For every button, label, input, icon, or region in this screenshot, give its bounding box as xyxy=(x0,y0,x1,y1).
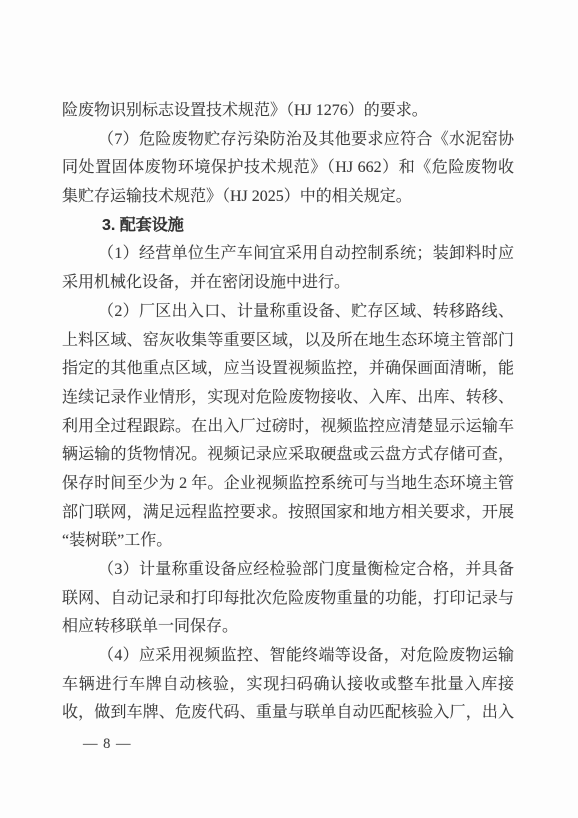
text-line: 收，做到车牌、危废代码、重量与联单自动匹配核验入厂，出入 xyxy=(62,699,514,728)
document-page: 险废物识别标志设置技术规范》（HJ 1276）的要求。 （7）危险废物贮存污染防… xyxy=(0,0,578,818)
paragraph-start: （2）厂区出入口、计量称重设备、贮存区域、转移路线、 xyxy=(62,298,514,327)
text-block: 险废物识别标志设置技术规范》（HJ 1276）的要求。 （7）危险废物贮存污染防… xyxy=(62,97,514,728)
text-line: 指定的其他重点区域，应当设置视频监控，并确保画面清晰，能 xyxy=(62,355,514,384)
text-line: 连续记录作业情形，实现对危险废物接收、入库、出库、转移、 xyxy=(62,384,514,413)
text-line: 联网、自动记录和打印每批次危险废物重量的功能，打印记录与 xyxy=(62,585,514,614)
text-line: 采用机械化设备，并在密闭设施中进行。 xyxy=(62,269,514,298)
section-heading: 3. 配套设施 xyxy=(62,212,514,241)
paragraph-start: （4）应采用视频监控、智能终端等设备，对危险废物运输 xyxy=(62,642,514,671)
text-line: 相应转移联单一同保存。 xyxy=(62,613,514,642)
text-line: 车辆进行车牌自动核验，实现扫码确认接收或整车批量入库接 xyxy=(62,671,514,700)
text-line: 辆运输的货物情况。视频记录应采取硬盘或云盘方式存储可查， xyxy=(62,441,514,470)
text-line: 上料区域、窑灰收集等重要区域，以及所在地生态环境主管部门 xyxy=(62,327,514,356)
paragraph-start: （3）计量称重设备应经检验部门度量衡检定合格，并具备 xyxy=(62,556,514,585)
paragraph-start: （7）危险废物贮存污染防治及其他要求应符合《水泥窑协 xyxy=(62,126,514,155)
text-line: 同处置固体废物环境保护技术规范》（HJ 662）和《危险废物收 xyxy=(62,154,514,183)
text-line: 集贮存运输技术规范》（HJ 2025）中的相关规定。 xyxy=(62,183,514,212)
text-line: 险废物识别标志设置技术规范》（HJ 1276）的要求。 xyxy=(62,97,514,126)
text-line: 保存时间至少为 2 年。企业视频监控系统可与当地生态环境主管 xyxy=(62,470,514,499)
text-line: 利用全过程跟踪。在出入厂过磅时，视频监控应清楚显示运输车 xyxy=(62,413,514,442)
text-line: 部门联网，满足远程监控要求。按照国家和地方相关要求，开展 xyxy=(62,499,514,528)
text-line: “装树联”工作。 xyxy=(62,527,514,556)
paragraph-start: （1）经营单位生产车间宜采用自动控制系统；装卸料时应 xyxy=(62,240,514,269)
page-number: — 8 — xyxy=(83,736,132,753)
